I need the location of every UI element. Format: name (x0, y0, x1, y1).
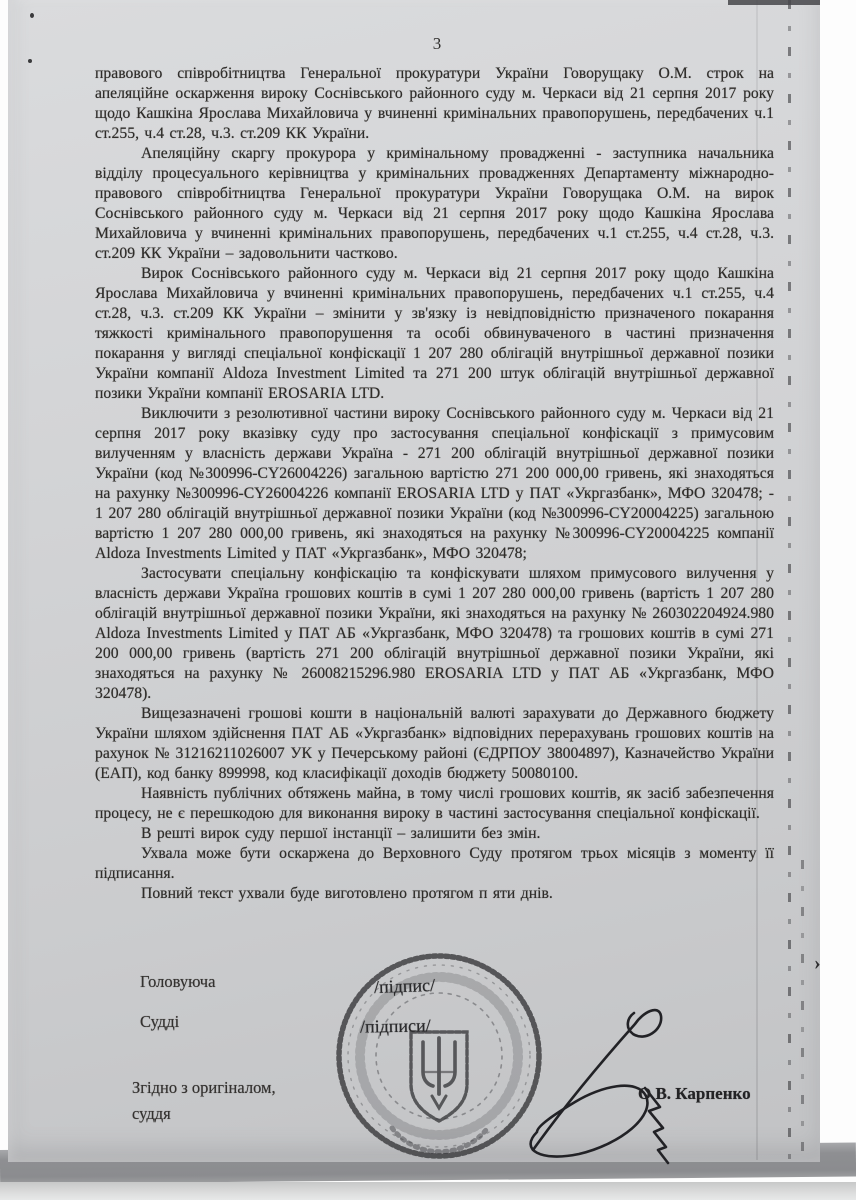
paragraph: Вирок Соснівського районного суду м. Чер… (95, 264, 774, 404)
page-fold-line (756, 0, 758, 1160)
binding-marks (788, 0, 791, 1160)
certified-copy-label: Згідно з оригіналом, (132, 1078, 276, 1098)
presiding-judge-label: Головуюча (140, 972, 215, 992)
desk-edge-strip (0, 1182, 856, 1200)
paragraph: Ухвала може бути оскаржена до Верховного… (95, 844, 774, 884)
signer-name: О В. Карпенко (638, 1084, 751, 1104)
scan-speck (30, 13, 34, 18)
scanned-court-document: 3 правового співробітництва Генеральної … (0, 0, 856, 1200)
paragraph: Повний текст ухвали буде виготовлено про… (95, 884, 774, 904)
page-number: 3 (422, 34, 452, 54)
paragraph: Виключити з резолютивної частини вироку … (95, 404, 774, 564)
paragraph: Застосувати спеціальну конфіскацію та ко… (95, 564, 774, 704)
body-text: правового співробітництва Генеральної пр… (95, 64, 774, 904)
paragraph: В решті вирок суду першої інстанції – за… (95, 824, 774, 844)
scan-edge-artifact (728, 0, 820, 5)
stamp-signature-note: /підпис/ (374, 975, 436, 998)
signature-mark (503, 982, 703, 1167)
paragraph: Апеляційну скаргу прокурора у кримінальн… (95, 144, 774, 264)
stamp-signatures-note: /підписи/ (360, 1015, 431, 1037)
trident-icon (411, 1032, 467, 1121)
judge-label: суддя (132, 1104, 171, 1124)
document-page: 3 правового співробітництва Генеральної … (8, 0, 820, 1162)
paragraph: правового співробітництва Генеральної пр… (95, 64, 774, 144)
handwritten-signature-icon (503, 982, 703, 1167)
paragraph: Наявність публічних обтяжень майна, в то… (95, 784, 774, 824)
scan-speck (28, 59, 32, 63)
paragraph: Вищезазначені грошові кошти в національн… (95, 704, 774, 784)
judges-label: Судді (140, 1012, 179, 1032)
binding-marks (801, 860, 804, 1160)
edge-chevron-mark: › (814, 952, 821, 975)
